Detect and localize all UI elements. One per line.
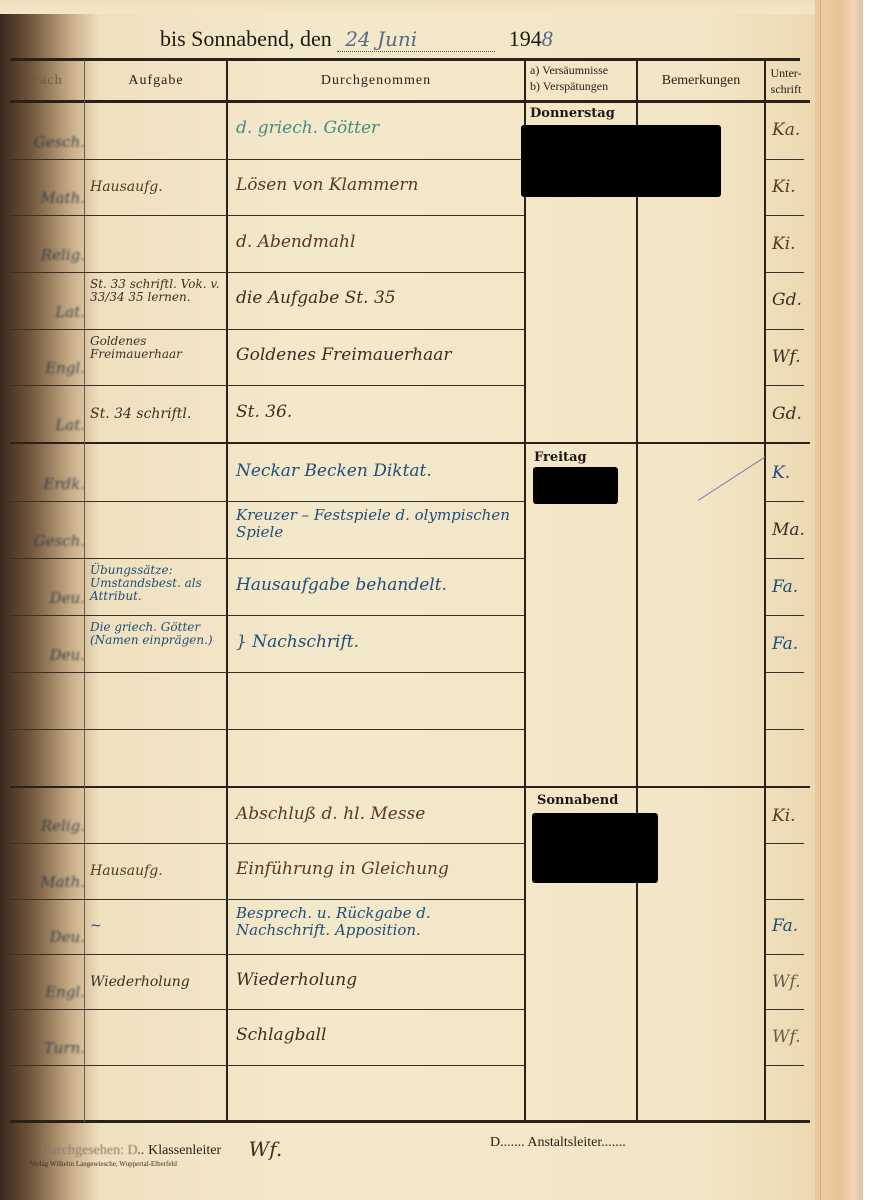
page-top-band: [0, 0, 815, 14]
aufgabe-cell: Wiederholung: [90, 974, 190, 990]
title-prefix: bis Sonnabend, den: [160, 26, 332, 51]
page-edge-line: [820, 0, 821, 1200]
durchgenommen-cell: d. Abendmahl: [236, 234, 355, 250]
unterschrift-label-2: schrift: [771, 81, 802, 97]
day-label-sonnabend: Sonnabend: [537, 793, 618, 808]
col-divider-versaeumnisse: [636, 60, 638, 1122]
table-top-border: [10, 58, 800, 61]
aufgabe-cell: Übungssätze: Umstandsbest. als Attribut.: [90, 564, 224, 603]
klassenleiter-signature: Wf.: [249, 1137, 283, 1161]
signature-cell: Wf.: [772, 347, 801, 367]
title-year: 1948: [509, 26, 553, 51]
signature-cell: Ki.: [772, 806, 796, 826]
row-divider: [10, 615, 524, 616]
fach-cell: Gesch.: [30, 133, 85, 151]
row-divider: [10, 272, 524, 273]
signature-row-divider: [766, 843, 804, 844]
day-label-donnerstag: Donnerstag: [530, 106, 615, 121]
verspaetungen-label: b) Verspätungen: [530, 78, 608, 94]
signature-row-divider: [766, 672, 804, 673]
durchgenommen-cell: Wiederholung: [236, 972, 357, 988]
durchgenommen-cell: } Nachschrift.: [236, 634, 359, 650]
row-divider: [10, 899, 524, 900]
title-date-handwritten: 24 Juni: [337, 27, 495, 52]
header-bottom-border: [10, 100, 810, 103]
redaction-box-freitag: [533, 467, 618, 504]
col-header-bemerkungen: Bemerkungen: [638, 62, 764, 100]
col-header-versaeumnisse: a) Versäumnisse b) Verspätungen: [530, 62, 636, 100]
durchgenommen-cell: Besprech. u. Rückgabe d. Nachschrift. Ap…: [236, 905, 521, 939]
signature-cell: Ma.: [772, 520, 805, 540]
row-divider: [10, 215, 524, 216]
col-divider-bemerkungen: [764, 60, 766, 1122]
signature-row-divider: [766, 215, 804, 216]
row-divider: [10, 1009, 524, 1010]
fach-cell: Math.: [30, 873, 85, 891]
fach-cell: Erdk.: [30, 475, 85, 493]
durchgenommen-cell: Goldenes Freimauerhaar: [236, 347, 452, 363]
col-divider-durchgenommen: [524, 60, 526, 1122]
col-header-unterschrift: Unter- schrift: [766, 62, 806, 100]
printer-imprint: Verlag Wilhelm Langewiesche, Wuppertal-E…: [30, 1160, 177, 1168]
durchgenommen-cell: Neckar Becken Diktat.: [236, 463, 432, 479]
signature-cell: Ka.: [772, 120, 800, 140]
redaction-box-donnerstag: [521, 125, 721, 197]
signature-cell: Fa.: [772, 634, 798, 654]
row-divider: [10, 329, 524, 330]
durchgenommen-cell: Kreuzer – Festspiele d. olympischen Spie…: [236, 507, 521, 541]
signature-row-divider: [766, 954, 804, 955]
durchgenommen-cell: St. 36.: [236, 404, 292, 420]
fach-cell: Deu.: [30, 589, 85, 607]
aufgabe-cell: St. 33 schriftl. Vok. v. 33/34 35 lernen…: [90, 278, 224, 304]
d-label: D: [490, 1135, 500, 1150]
klassenleiter-label: Klassenleiter: [148, 1143, 221, 1158]
fach-cell: Gesch.: [30, 532, 85, 550]
fach-cell: Lat.: [30, 416, 85, 434]
book-page-edges: [815, 0, 863, 1200]
year-handwritten: 8: [542, 26, 553, 51]
fach-cell: Deu.: [30, 928, 85, 946]
unterschrift-label-1: Unter-: [770, 65, 801, 81]
aufgabe-cell: ~: [90, 918, 102, 934]
durchgenommen-cell: Abschluß d. hl. Messe: [236, 806, 425, 822]
signature-cell: Wf.: [772, 1027, 801, 1047]
day-divider-2: [10, 786, 810, 788]
row-divider: [10, 954, 524, 955]
durchgenommen-cell: die Aufgabe St. 35: [236, 290, 396, 306]
signature-cell: Gd.: [772, 290, 802, 310]
durchgenommen-cell: Hausaufgabe behandelt.: [236, 577, 447, 593]
col-header-durchgenommen: Durchgenommen: [228, 62, 524, 100]
durchgenommen-cell: Schlagball: [236, 1027, 326, 1043]
col-header-aufgabe: Aufgabe: [86, 62, 226, 100]
signature-cell: Ki.: [772, 234, 796, 254]
year-printed: 194: [509, 26, 542, 51]
week-title: bis Sonnabend, den 24 Juni 1948: [160, 26, 553, 52]
durchgesehen-label: Durchgesehen: D: [40, 1143, 138, 1158]
durchgenommen-cell: Einführung in Gleichung: [236, 861, 449, 877]
signature-row-divider: [766, 385, 804, 386]
fach-cell: Relig.: [30, 817, 85, 835]
row-divider: [10, 159, 524, 160]
row-divider: [10, 385, 524, 386]
row-divider: [10, 843, 524, 844]
row-divider: [10, 501, 524, 502]
redaction-box-sonnabend: [532, 813, 658, 883]
aufgabe-cell: Die griech. Götter (Namen einprägen.): [90, 621, 224, 647]
day-divider-1: [10, 442, 810, 444]
aufgabe-cell: St. 34 schriftl.: [90, 406, 191, 422]
aufgabe-cell: Hausaufg.: [90, 179, 163, 195]
fach-cell: Turn.: [30, 1039, 85, 1057]
signature-row-divider: [766, 272, 804, 273]
col-divider-aufgabe: [226, 60, 228, 1122]
signature-row-divider: [766, 159, 804, 160]
fach-cell: Relig.: [30, 246, 85, 264]
signature-row-divider: [766, 558, 804, 559]
fach-cell: Lat.: [30, 303, 85, 321]
anstaltsleiter-label: Anstaltsleiter: [527, 1135, 601, 1150]
signature-row-divider: [766, 729, 804, 730]
durchgenommen-cell: Lösen von Klammern: [236, 177, 419, 193]
aufgabe-cell: Hausaufg.: [90, 863, 163, 879]
row-divider: [10, 729, 524, 730]
fach-cell: Math.: [30, 189, 85, 207]
signature-cell: Fa.: [772, 577, 798, 597]
signature-cell: K.: [772, 463, 790, 483]
signature-cell: Ki.: [772, 177, 796, 197]
signature-row-divider: [766, 1009, 804, 1010]
fach-cell: Engl.: [30, 359, 85, 377]
signature-cell: Fa.: [772, 916, 798, 936]
footer-anstaltsleiter: D....... Anstaltsleiter.......: [490, 1135, 626, 1151]
fach-cell: Deu.: [30, 646, 85, 664]
col-header-fach: Fach: [10, 62, 84, 100]
row-divider: [10, 558, 524, 559]
footer-reviewed: Durchgesehen: D.. Klassenleiter Wf.: [40, 1135, 258, 1159]
signature-row-divider: [766, 329, 804, 330]
signature-row-divider: [766, 1065, 804, 1066]
signature-row-divider: [766, 899, 804, 900]
aufgabe-cell: Goldenes Freimauerhaar: [90, 335, 224, 361]
versaeumnisse-label: a) Versäumnisse: [530, 62, 608, 78]
signature-cell: Gd.: [772, 404, 802, 424]
signature-row-divider: [766, 501, 804, 502]
durchgenommen-cell: d. griech. Götter: [236, 120, 379, 136]
table-bottom-border: [10, 1120, 810, 1123]
day-label-freitag: Freitag: [534, 450, 587, 465]
fach-cell: Engl.: [30, 983, 85, 1001]
signature-row-divider: [766, 615, 804, 616]
signature-cell: Wf.: [772, 972, 801, 992]
row-divider: [10, 672, 524, 673]
row-divider: [10, 1065, 524, 1066]
